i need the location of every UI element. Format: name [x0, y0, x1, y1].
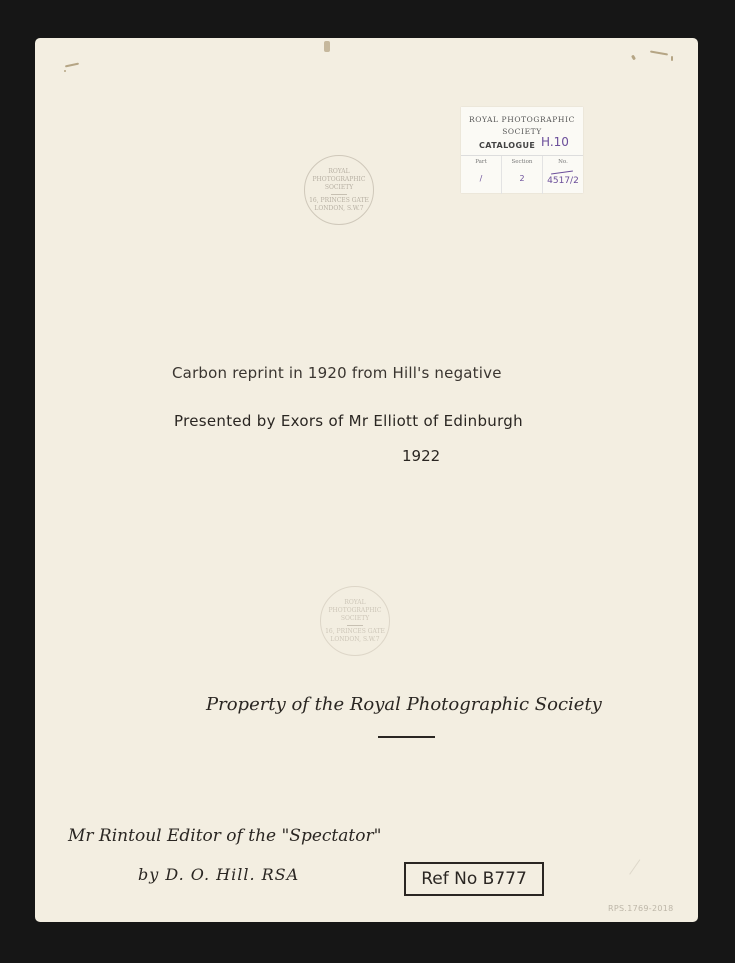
strikethrough	[551, 170, 573, 174]
stamp-line: ROYAL	[305, 168, 373, 176]
reference-number: Ref No B777	[421, 869, 527, 889]
label-col-section: Section 2	[502, 156, 543, 194]
property-underline	[378, 736, 435, 738]
stamp-line: 16, PRINCES GATE	[321, 628, 389, 636]
stamp-line: PHOTOGRAPHIC	[305, 176, 373, 184]
stamp-line: SOCIETY	[305, 184, 373, 192]
property-inscription: Property of the Royal Photographic Socie…	[206, 694, 602, 715]
reference-number-box: Ref No B777	[404, 862, 544, 896]
accession-number: RPS.1769-2018	[608, 904, 674, 913]
stain-mark	[671, 56, 673, 61]
label-title-line1: ROYAL PHOTOGRAPHIC	[461, 115, 583, 124]
stain-mark	[650, 50, 668, 55]
stain-mark	[64, 70, 66, 72]
stamp-line: PHOTOGRAPHIC	[321, 607, 389, 615]
col-header: Section	[502, 159, 542, 165]
inscription-presented-by: Presented by Exors of Mr Elliott of Edin…	[174, 412, 523, 430]
stamp-line: LONDON, S.W.7	[305, 205, 373, 213]
col-header: Part	[461, 159, 501, 165]
inscription-year: 1922	[402, 447, 440, 465]
sitter-inscription: Mr Rintoul Editor of the "Spectator"	[68, 826, 381, 846]
stamp-divider	[331, 194, 347, 195]
stain-mark	[631, 55, 636, 61]
inscription-carbon-reprint: Carbon reprint in 1920 from Hill's negat…	[172, 364, 502, 382]
stamp-divider	[347, 625, 363, 626]
rps-stamp: ROYAL PHOTOGRAPHIC SOCIETY 16, PRINCES G…	[304, 155, 374, 225]
artist-inscription: by D. O. Hill. RSA	[138, 865, 299, 884]
mount-card: ROYAL PHOTOGRAPHIC SOCIETY CATALOGUE H.1…	[35, 38, 698, 922]
catalogue-word: CATALOGUE	[479, 141, 535, 150]
label-col-part: Part /	[461, 156, 502, 194]
stain-mark	[65, 63, 79, 68]
catalogue-number: H.10	[541, 135, 569, 149]
tape-remnant	[324, 41, 330, 52]
label-grid: Part / Section 2 No. 4517/2	[461, 155, 583, 194]
stamp-line: ROYAL	[321, 599, 389, 607]
stamp-line: LONDON, S.W.7	[321, 636, 389, 644]
col-value: /	[461, 174, 501, 183]
label-col-no: No. 4517/2	[543, 156, 583, 194]
stamp-line: SOCIETY	[321, 615, 389, 623]
rps-stamp-faint: ROYAL PHOTOGRAPHIC SOCIETY 16, PRINCES G…	[320, 586, 390, 656]
col-value: 4517/2	[543, 176, 583, 186]
stamp-line: 16, PRINCES GATE	[305, 197, 373, 205]
col-value: 2	[502, 174, 542, 183]
col-header: No.	[543, 159, 583, 165]
catalogue-label: ROYAL PHOTOGRAPHIC SOCIETY CATALOGUE H.1…	[461, 107, 583, 193]
